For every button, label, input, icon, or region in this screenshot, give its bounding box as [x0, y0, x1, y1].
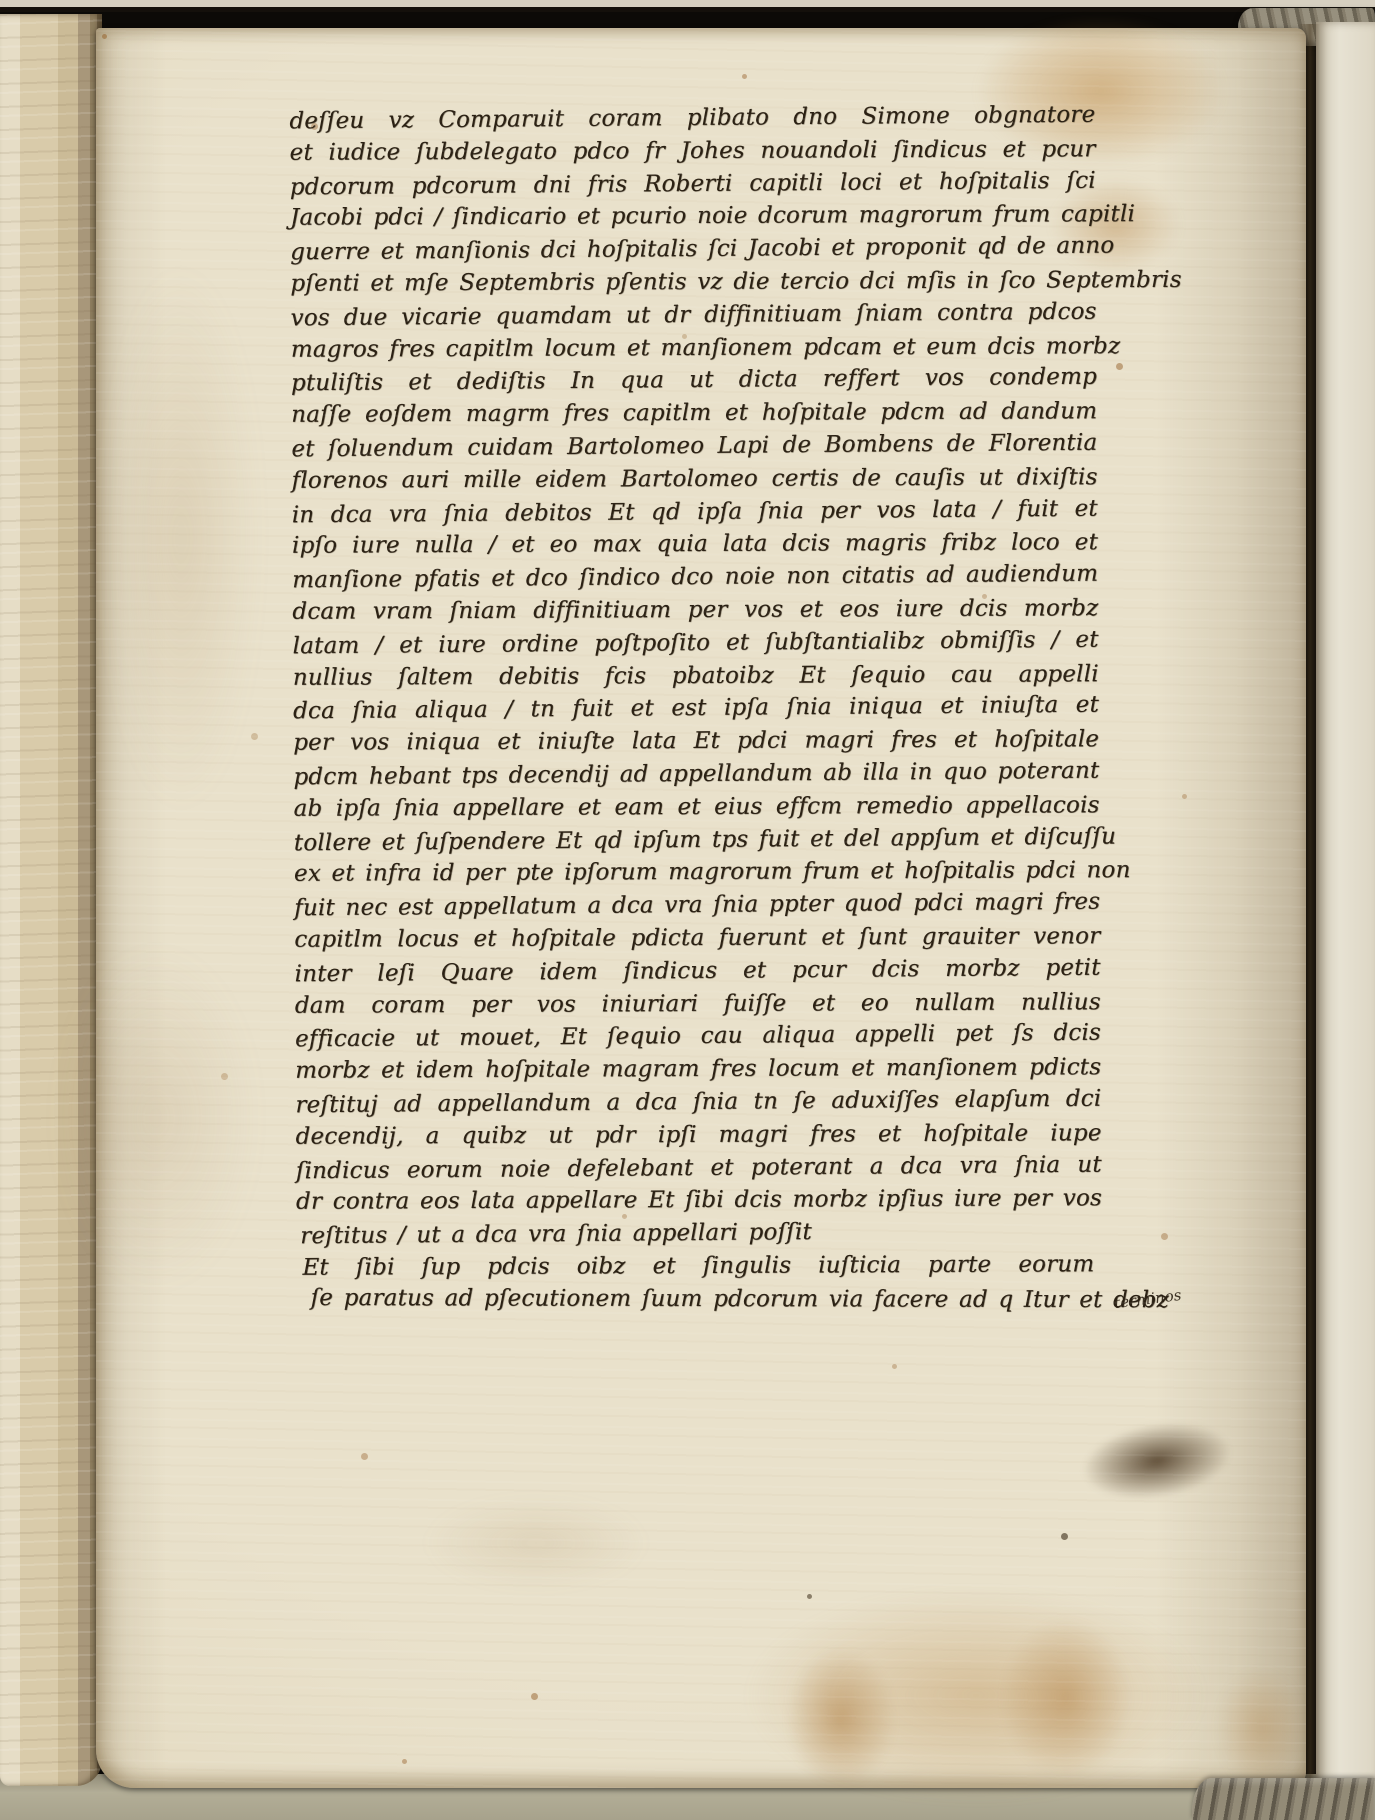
scanned-book-photo: deſſeu vz Comparuit coram plibato dno Si… — [0, 0, 1375, 1820]
manuscript-text-line: decendij, a quibz ut pdr ipſi magri fres… — [296, 1117, 1102, 1153]
manuscript-text-line: reſtitus / ut a dca vra ſnia appellari p… — [296, 1214, 1102, 1253]
manuscript-text-line: latam / et iure ordine poſtpoſito et ſub… — [292, 623, 1098, 662]
manuscript-text-line: in dca vra ſnia debitos Et qd ipſa ſnia … — [292, 492, 1098, 531]
manuscript-text-line: efficacie ut mouet, Et ſequio cau aliqua… — [295, 1017, 1101, 1056]
manuscript-text-line: ſindicus eorum noie defelebant et potera… — [296, 1148, 1102, 1187]
manuscript-text-line: et iudice ſubdelegato pdco fr Johes noua… — [290, 133, 1096, 169]
manuscript-text-line: ptuliſtis et dediſtis In qua ut dicta re… — [291, 361, 1097, 400]
manuscript-text-line: vos due vicarie quamdam ut dr diffinitiu… — [290, 295, 1096, 334]
manuscript-text-line: naſſe eoſdem magrm fres capitlm et hoſpi… — [291, 395, 1097, 431]
manuscript-text-line: dca ſnia aliqua / tn fuit et est ipſa ſn… — [293, 689, 1099, 728]
foxing-spot-bottom-2 — [1001, 1618, 1131, 1778]
manuscript-text-line: ab ipſa ſnia appellare et eam et eius ef… — [294, 789, 1100, 825]
ink-blot-stain — [1077, 1413, 1237, 1510]
left-page-edges — [0, 14, 102, 1786]
book-tailband — [1192, 1778, 1375, 1820]
manuscript-text-line: tollere et ſuſpendere Et qd ipſum tps fu… — [294, 820, 1100, 859]
foxing-cluster-bottom — [746, 1588, 1206, 1803]
manuscript-text-line: pſenti et mſe Septembris pſentis vz die … — [290, 264, 1096, 300]
manuscript-text-line: et ſoluendum cuidam Bartolomeo Lapi de B… — [291, 427, 1097, 466]
paper-speckles — [102, 34, 107, 39]
manuscript-text-line: manſione pfatis et dco ſindico dco noie … — [292, 558, 1098, 597]
faint-stain-mid-bottom — [426, 1498, 646, 1588]
show-through-smudge-left — [106, 268, 256, 808]
foxing-spot-bottom-3 — [1216, 1668, 1306, 1788]
manuscript-page: deſſeu vz Comparuit coram plibato dno Si… — [96, 28, 1306, 1788]
manuscript-text-line: capitlm locus et hoſpitale pdicta fuerun… — [294, 920, 1100, 956]
manuscript-text-line: inter leſi Quare idem ſindicus et pcur d… — [294, 951, 1100, 990]
manuscript-text-line: Jacobi pdci / ſindicario et pcurio noie … — [290, 199, 1096, 235]
manuscript-text-line: guerre et manſionis dci hoſpitalis ſci J… — [290, 230, 1096, 269]
manuscript-text-line: dam coram per vos iniuriari fuiſſe et eo… — [295, 986, 1101, 1022]
manuscript-text-line: dcam vram ſniam diffinitiuam per vos et … — [292, 592, 1098, 628]
manuscript-text-line: Et ſibi ſup pdcis oibz et ſingulis iuſti… — [296, 1248, 1094, 1284]
manuscript-text-line: ſe paratus ad pſecutionem ſuum pdcorum v… — [297, 1282, 1097, 1317]
manuscript-text-line: per vos iniqua et iniuſte lata Et pdci m… — [293, 723, 1099, 759]
manuscript-text-line: reſtituj ad appellandum a dca ſnia tn ſe… — [295, 1083, 1101, 1122]
manuscript-text-line: morbz et idem hoſpitale magram fres locu… — [295, 1051, 1101, 1087]
facing-page-edge — [1316, 22, 1375, 1782]
manuscript-text-line: florenos auri mille eidem Bartolomeo cer… — [292, 461, 1098, 497]
manuscript-text-line: fuit nec est appellatum a dca vra ſnia p… — [294, 886, 1100, 925]
manuscript-text-line: pdcm hebant tps decendij ad appellandum … — [293, 755, 1099, 794]
manuscript-text-line: dr contra eos lata appellare Et ſibi dci… — [296, 1183, 1102, 1219]
manuscript-text-line: deſſeu vz Comparuit coram plibato dno Si… — [289, 99, 1095, 138]
foxing-spot-bottom-1 — [786, 1648, 896, 1788]
manuscript-text-line: ex et infra id per pte ipſorum magrorum … — [294, 855, 1100, 891]
manuscript-text-block: deſſeu vz Comparuit coram plibato dno Si… — [289, 100, 1102, 1318]
manuscript-text-line: nullius ſaltem debitis fcis pbatoibz Et … — [293, 658, 1099, 694]
manuscript-text-line: ipſo iure nulla / et eo max quia lata dc… — [292, 527, 1098, 563]
